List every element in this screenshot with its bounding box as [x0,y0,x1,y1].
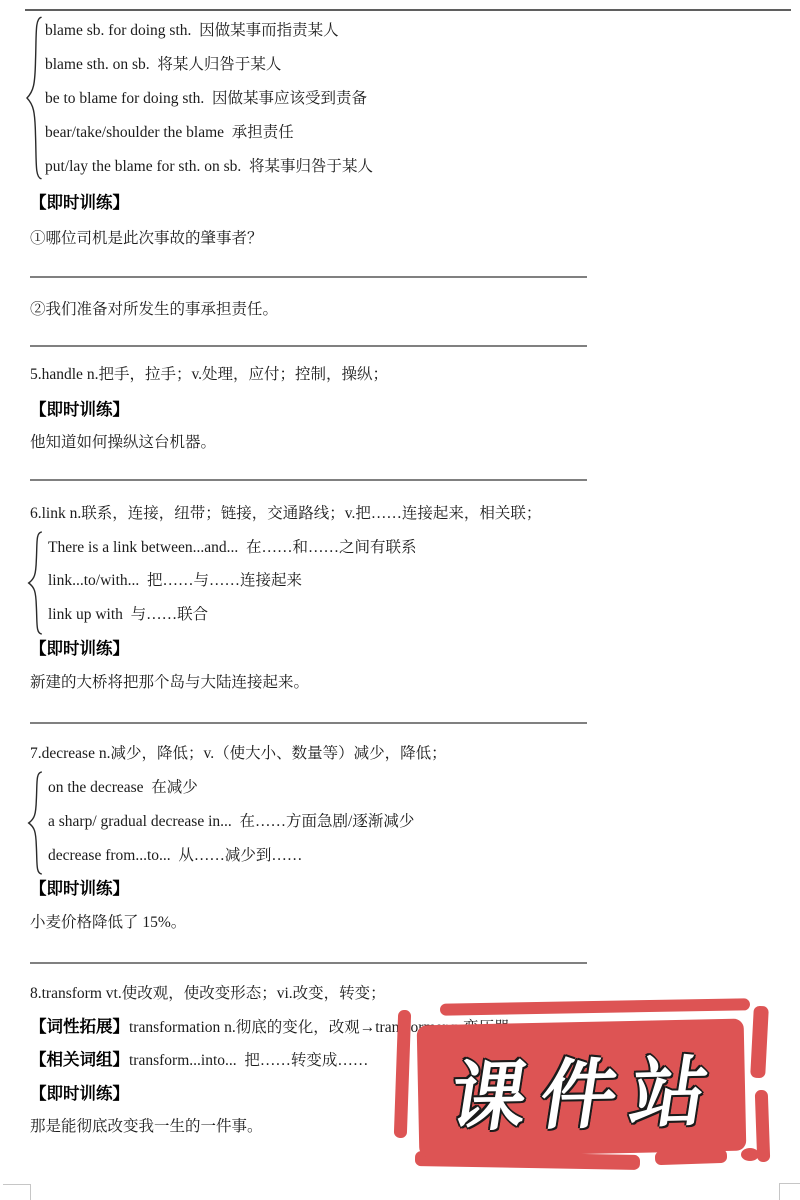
related-phrase-text: transform...into... 把……转变成…… [129,1052,368,1069]
phrase-line: link up with 与……联合 [48,604,208,626]
curly-brace-icon [26,530,44,636]
stamp-frame-right [750,1006,769,1079]
stamp-frame-dot [741,1148,759,1161]
pos-expansion-label: 【词性拓展】 [30,1017,129,1036]
training-header: 【即时训练】 [30,192,129,214]
related-phrase-label: 【相关词组】 [30,1050,129,1069]
entry-heading: 5.handle n.把手，拉手；v.处理，应付；控制，操纵； [30,364,388,386]
exercise-sentence: 他知道如何操纵这台机器。 [30,432,216,454]
related-phrase-line: 【相关词组】transform...into... 把……转变成…… [30,1049,368,1072]
phrase-line: blame sth. on sb. 将某人归咎于某人 [45,54,281,76]
entry-heading: 6.link n.联系，连接，纽带；链接，交通路线；v.把……连接起来，相关联； [30,503,541,525]
stamp-text: 课件站 [433,1030,730,1145]
answer-line [30,345,587,347]
entry-heading: 7.decrease n.减少，降低；v.（使大小、数量等）减少，降低； [30,743,447,765]
answer-line [30,722,587,724]
exercise-sentence: 新建的大桥将把那个岛与大陆连接起来。 [30,672,309,694]
answer-line [30,479,587,481]
answer-line [30,276,587,278]
stamp-frame-top [440,998,750,1015]
entry-heading: 8.transform vt.使改观，使改变形态；vi.改变，转变； [30,983,386,1005]
phrase-line: blame sb. for doing sth. 因做某事而指责某人 [45,20,339,42]
exercise-sentence: ①哪位司机是此次事故的肇事者？ [30,228,263,250]
stamp-plate: 课件站 [417,1019,747,1158]
phrase-line: put/lay the blame for sth. on sb. 将某事归咎于… [45,156,373,178]
exercise-sentence: 小麦价格降低了 15%。 [30,912,186,934]
phrase-line: link...to/with... 把……与……连接起来 [48,570,302,592]
watermark-stamp: 课件站 [393,998,785,1174]
phrase-line: be to blame for doing sth. 因做某事应该受到责备 [45,88,367,110]
phrase-line: There is a link between...and... 在……和……之… [48,537,417,559]
training-header: 【即时训练】 [30,399,129,421]
exercise-sentence: ②我们准备对所发生的事承担责任。 [30,299,278,321]
curly-brace-icon [26,770,44,876]
exercise-sentence: 那是能彻底改变我一生的一件事。 [30,1116,263,1138]
page-corner-left [3,1184,31,1200]
curly-brace-icon [24,14,44,182]
training-header: 【即时训练】 [30,638,129,660]
phrase-line: decrease from...to... 从……减少到…… [48,845,302,867]
phrase-line: a sharp/ gradual decrease in... 在……方面急剧/… [48,811,414,833]
stamp-frame-left [394,1010,411,1138]
phrase-line: on the decrease 在减少 [48,777,198,799]
answer-line [30,962,587,964]
document-page: blame sb. for doing sth. 因做某事而指责某人 blame… [0,0,800,1200]
training-header: 【即时训练】 [30,1083,129,1105]
page-corner-right [779,1183,800,1200]
training-header: 【即时训练】 [30,878,129,900]
answer-line [25,9,791,11]
phrase-line: bear/take/shoulder the blame 承担责任 [45,122,294,144]
